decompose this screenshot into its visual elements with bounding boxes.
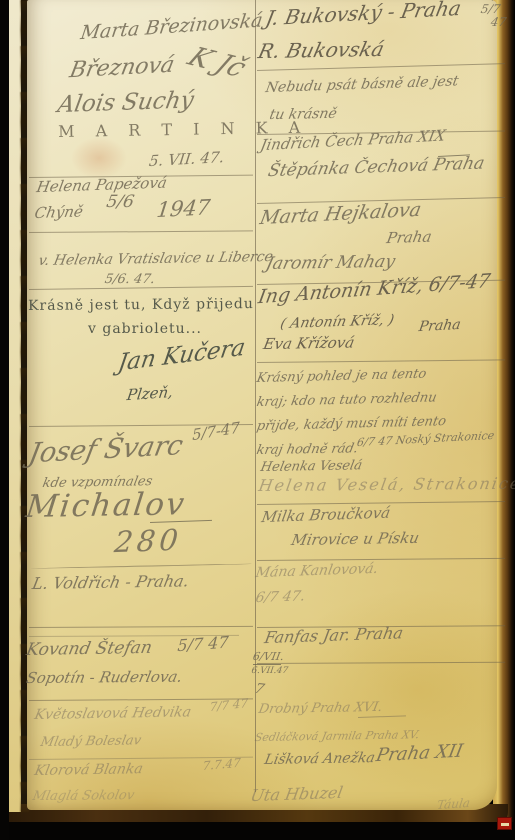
entry-signature: L. Voldřich - Praha. [31,573,190,592]
entry-place: Chýně [33,204,84,221]
scan-left-border [0,0,9,840]
entry-signature: Milka Broučková [260,506,391,526]
entry-signature: ( Antonín Kříž, ) [279,313,395,331]
entry-place: Michalov [24,489,187,523]
entry-verse: kraj hodně rád. [255,442,359,457]
entry-signature: Kovand Štefan [25,640,154,659]
entry-signature: Klorová Blanka [33,762,144,778]
entry-date: 5/7 47 [177,634,229,654]
entry-signature: Alois Suchý [56,89,196,117]
entry-signature: Táula [436,797,471,811]
entry-signature: R. Bukovská [256,39,386,61]
entry-place: Praha [385,229,432,246]
entry-date: 6/VII. [252,651,285,662]
entry-date: 6.VII.47 [251,667,289,676]
entry-signature: v. Helenka Vratislavice u Liberce [37,250,274,268]
entry-signature: Jaromír Mahay [264,254,397,273]
entry-date: 5/6. 47. [104,273,156,286]
entry-place: Praha [418,318,462,334]
page-corner-date: 47 [490,16,507,28]
entry-signature: Květoslavová Hedvika [33,705,192,722]
entry-number: 280 [113,526,183,557]
entry-place: Praha XII [374,742,464,765]
entry-signature: Březnová [68,55,176,83]
minimize-badge-icon[interactable] [497,817,512,830]
entry-signature: Josef Švarc [27,432,185,467]
entry-place: Sopotín - Ruderlova. [25,670,184,686]
entry-place: Mirovice u Písku [290,531,420,548]
minus-glyph [501,823,509,826]
entry-signature: Helena Veselá, Strakonice [257,476,515,494]
entry-signature: Eva Křížová [262,335,356,352]
entry-signature: Uta Hbuzel [249,785,344,804]
entry-signature: Helenka Veselá [259,459,363,474]
entry-date: 6/7 47. [255,589,307,605]
scanned-guestbook-page: Marta Březinovská Březnová K Jč Alois Su… [0,0,515,840]
entry-verse: tu krásně [268,107,338,122]
entry-signature: Mána Kanlovová. [255,562,380,580]
entry-date: 5/6 [105,194,135,211]
entry-signature: Drobný Praha XVI. [257,701,383,716]
entry-date: 5. VII. 47. [148,150,225,169]
entry-place: Mlaglá Sokolov [31,789,135,803]
scan-background [0,822,515,840]
entry-date: 7.7.47 [202,757,241,772]
entry-signature: Sedláčková Jarmila Praha XV. [254,729,420,743]
entry-verse: Krásně jest tu, Když přijedu [28,297,254,313]
entry-year: 1947 [155,197,211,221]
entry-place: Mladý Boleslav [39,734,142,749]
entry-signature: Helena Papežová [35,175,168,195]
entry-verse: v gabrioletu... [88,322,202,336]
entry-place: Plzeň, [126,385,174,403]
underline-mark [253,664,281,665]
entry-signature: Lišková Anežka [263,751,376,767]
page-corner-date: 5/7 [480,3,501,15]
